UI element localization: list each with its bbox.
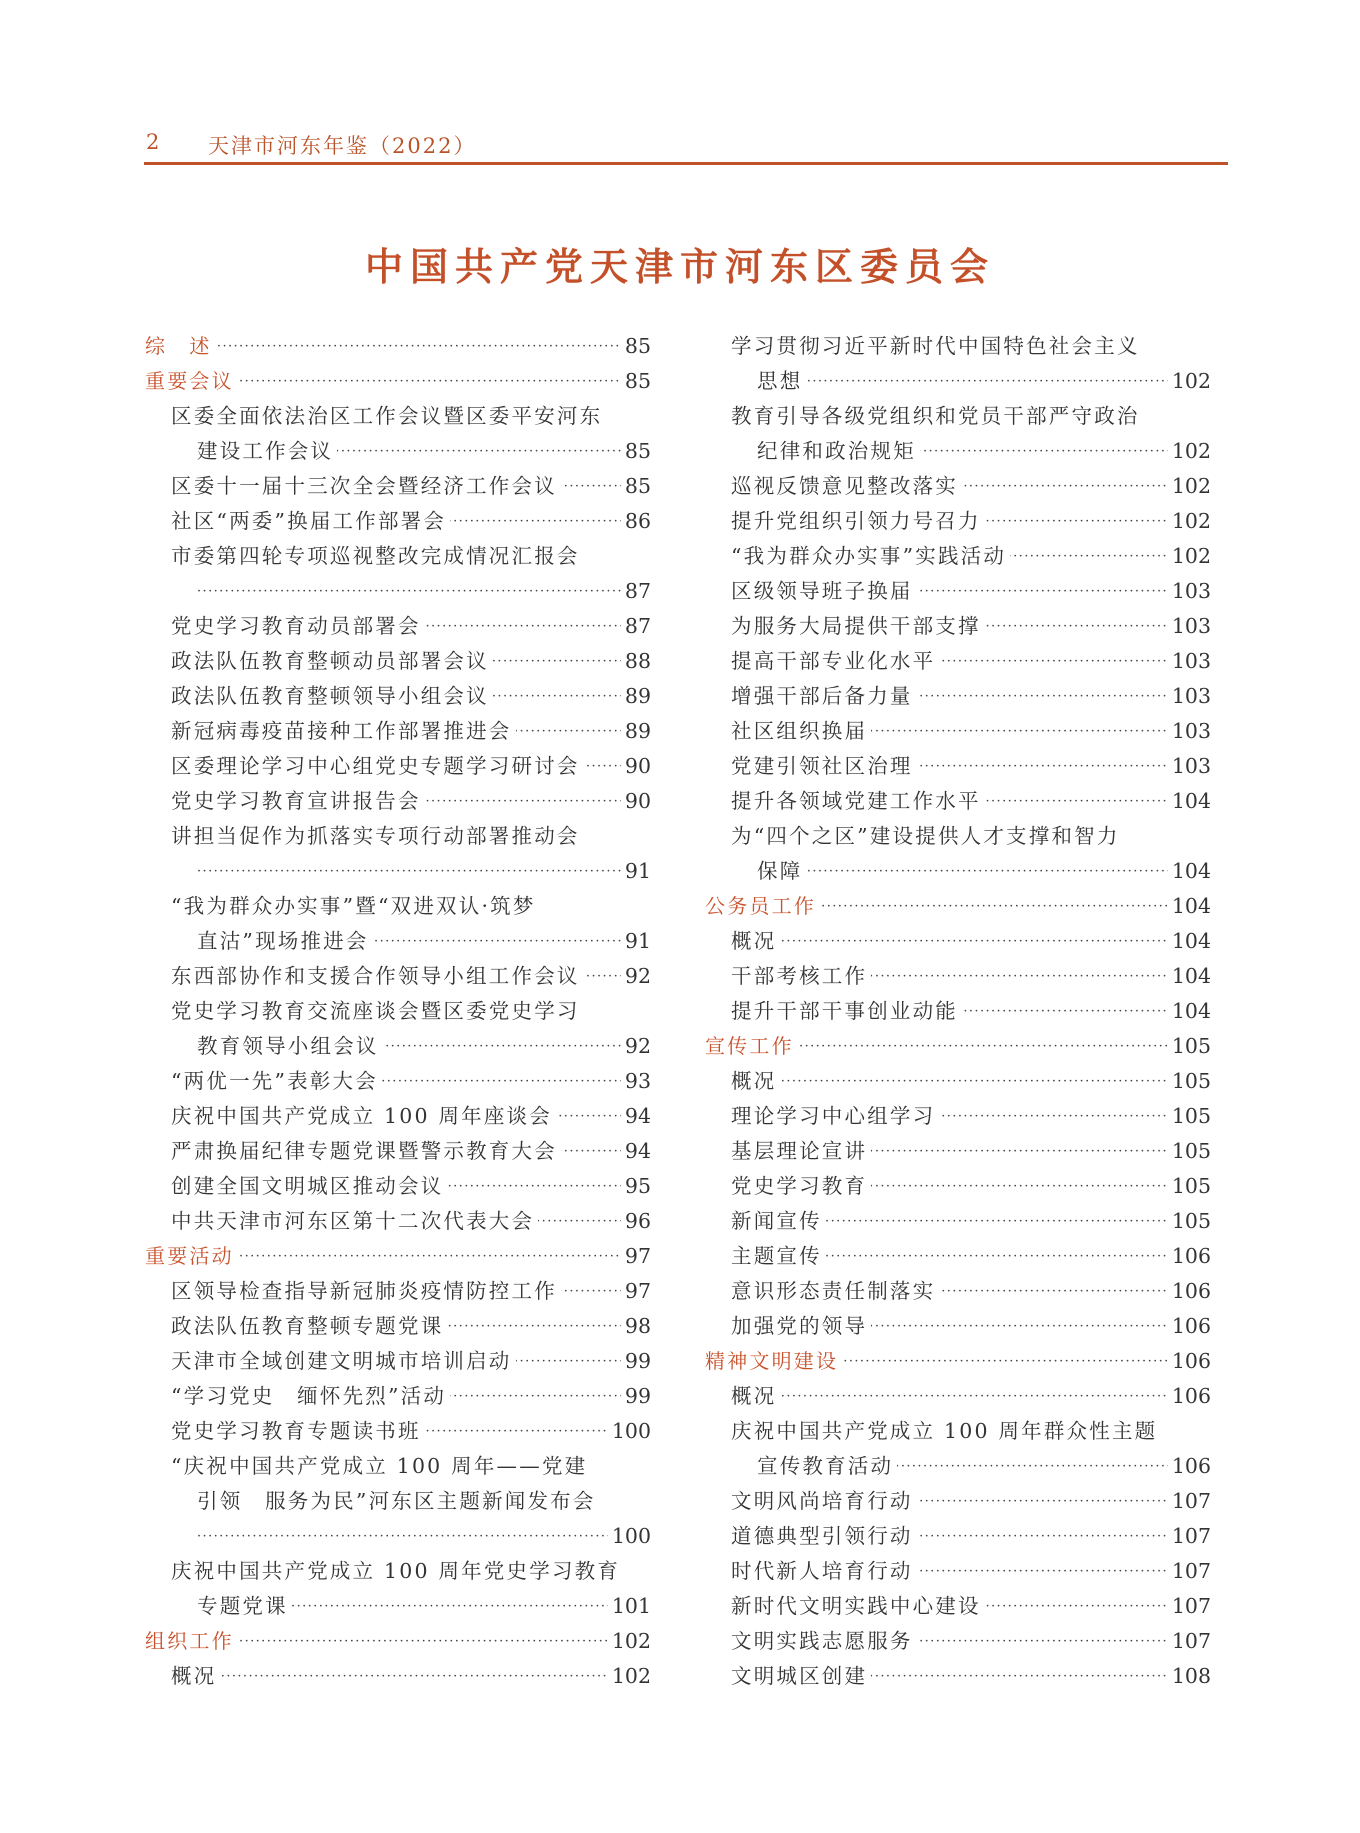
toc-entry-title: 主题宣传 [731,1239,826,1274]
toc-entry-title: 道德典型引领行动 [731,1519,917,1554]
toc-entry[interactable]: 党史学习教育宣讲报告会90 [145,784,651,819]
toc-entry-title: 区委理论学习中心组党史专题学习研讨会 [171,749,584,784]
toc-entry-title: 区领导检查指导新冠肺炎疫情防控工作 [171,1274,561,1309]
toc-page-number: 100 [608,1519,651,1554]
toc-entry-title: 文明城区创建 [731,1659,871,1694]
toc-page-number: 103 [1168,609,1211,644]
toc-entry-title: 区委全面依法治区工作会议暨区委平安河东 [171,399,606,434]
toc-entry-title: 概况 [171,1659,220,1694]
toc-entry[interactable]: 区级领导班子换届103 [705,574,1211,609]
toc-page-number: 104 [1168,924,1211,959]
toc-page-number: 85 [621,329,651,364]
toc-entry-title: 干部考核工作 [731,959,871,994]
toc-page-number: 102 [1168,364,1211,399]
toc-entry-title: 天津市全域创建文明城市培训启动 [171,1344,516,1379]
toc-entry[interactable]: 87 [145,574,651,609]
toc-entry[interactable]: 党史学习教育专题读书班100 [145,1414,651,1449]
toc-entry-title: 党史学习教育宣讲报告会 [171,784,425,819]
toc-page-number: 103 [1168,714,1211,749]
running-head: 2 天津市河东年鉴（2022） [144,128,1228,162]
leader-dots [731,924,1211,959]
toc-page-number: 105 [1168,1029,1211,1064]
toc-entry[interactable]: 时代新人培育行动107 [705,1554,1211,1589]
toc-entry[interactable]: 提升党组织引领力号召力102 [705,504,1211,539]
toc-page-number: 94 [621,1099,651,1134]
section-title: 中国共产党天津市河东区委员会 [0,236,1360,291]
toc-page-number: 85 [621,469,651,504]
toc-entry-title: 提升党组织引领力号召力 [731,504,985,539]
toc-entry[interactable]: 教育领导小组会议92 [145,1029,651,1064]
leader-dots [197,854,651,889]
toc-entry[interactable]: 提升干部干事创业动能104 [705,994,1211,1029]
toc-page-number: 93 [621,1064,651,1099]
header-rule [144,162,1228,165]
leader-dots [171,1659,651,1694]
toc-page-number: 99 [621,1344,651,1379]
toc-entry-title: 区级领导班子换届 [731,574,917,609]
toc-entry[interactable]: 中共天津市河东区第十二次代表大会96 [145,1204,651,1239]
toc-entry[interactable]: 区领导检查指导新冠肺炎疫情防控工作97 [145,1274,651,1309]
toc-page-number: 98 [621,1309,651,1344]
toc-right-column: 学习贯彻习近平新时代中国特色社会主义思想102教育引导各级党组织和党员干部严守政… [705,329,1211,1694]
toc-entry-title: “两优一先”表彰大会 [171,1064,382,1099]
toc-entry[interactable]: 政法队伍教育整顿动员部署会议88 [145,644,651,679]
toc-entry[interactable]: 基层理论宣讲105 [705,1134,1211,1169]
toc-entry: 为“四个之区”建设提供人才支撑和智力 [705,819,1211,854]
toc-entry[interactable]: 新闻宣传105 [705,1204,1211,1239]
toc-entry-title: 宣传教育活动 [757,1449,897,1484]
toc-page-number: 96 [621,1204,651,1239]
toc-entry-title: 区委十一届十三次全会暨经济工作会议 [171,469,561,504]
toc-page-number: 107 [1168,1624,1211,1659]
toc-entry[interactable]: 加强党的领导106 [705,1309,1211,1344]
toc-page-number: 92 [621,959,651,994]
toc-entry[interactable]: 概况102 [145,1659,651,1694]
toc-page-number: 104 [1168,994,1211,1029]
toc-entry-title: 提升各领域党建工作水平 [731,784,985,819]
leader-dots [757,364,1211,399]
toc-entry[interactable]: 提高干部专业化水平103 [705,644,1211,679]
toc-page-number: 105 [1168,1204,1211,1239]
toc-page-number: 106 [1168,1309,1211,1344]
toc-entry-title: 增强干部后备力量 [731,679,917,714]
toc-entry[interactable]: 天津市全域创建文明城市培训启动99 [145,1344,651,1379]
toc-entry: 市委第四轮专项巡视整改完成情况汇报会 [145,539,651,574]
toc-page-number: 105 [1168,1099,1211,1134]
toc-entry[interactable]: 思想102 [705,364,1211,399]
toc-entry-title: 专题党课 [197,1589,292,1624]
toc-page-number: 107 [1168,1554,1211,1589]
toc-entry-title: 社区组织换届 [731,714,871,749]
toc-page-number: 103 [1168,574,1211,609]
toc-page-number: 102 [1168,434,1211,469]
toc-entry[interactable]: 增强干部后备力量103 [705,679,1211,714]
toc-entry-title: 东西部协作和支援合作领导小组工作会议 [171,959,584,994]
toc-entry[interactable]: 区委理论学习中心组党史专题学习研讨会90 [145,749,651,784]
toc-page-number: 97 [621,1239,651,1274]
toc-entry[interactable]: 党史学习教育动员部署会87 [145,609,651,644]
toc-entry[interactable]: 概况106 [705,1379,1211,1414]
toc-entry: 党史学习教育交流座谈会暨区委党史学习 [145,994,651,1029]
toc-page-number: 99 [621,1379,651,1414]
toc-page-number: 102 [608,1659,651,1694]
toc-page-number: 90 [621,784,651,819]
toc-category[interactable]: 重要会议85 [145,364,651,399]
toc-entry: 庆祝中国共产党成立 100 周年群众性主题 [705,1414,1211,1449]
toc-entry-title: 党史学习教育 [731,1169,871,1204]
toc-entry[interactable]: “学习党史 缅怀先烈”活动99 [145,1379,651,1414]
toc-entry-title: 教育引导各级党组织和党员干部严守政治 [731,399,1144,434]
toc-entry[interactable]: 干部考核工作104 [705,959,1211,994]
toc-entry-title: 公务员工作 [705,889,820,924]
toc-entry-title: 纪律和政治规矩 [757,434,920,469]
toc-entry[interactable]: 建设工作会议85 [145,434,651,469]
toc-entry[interactable]: 保障104 [705,854,1211,889]
toc-entry[interactable]: 创建全国文明城区推动会议95 [145,1169,651,1204]
toc-entry-title: 政法队伍教育整顿动员部署会议 [171,644,493,679]
toc-page-number: 103 [1168,749,1211,784]
toc-entry[interactable]: 理论学习中心组学习105 [705,1099,1211,1134]
toc-entry-title: 教育领导小组会议 [197,1029,383,1064]
toc-entry-title: 建设工作会议 [197,434,337,469]
toc-entry[interactable]: 东西部协作和支援合作领导小组工作会议92 [145,959,651,994]
toc-entry[interactable]: 庆祝中国共产党成立 100 周年座谈会94 [145,1099,651,1134]
toc-category[interactable]: 精神文明建设106 [705,1344,1211,1379]
toc-entry-title: 重要活动 [145,1239,238,1274]
toc-entry[interactable]: 直沽”现场推进会91 [145,924,651,959]
toc-page-number: 102 [1168,469,1211,504]
toc-entry-title: 提升干部干事创业动能 [731,994,962,1029]
toc-page-number: 106 [1168,1449,1211,1484]
toc-entry[interactable]: 党史学习教育105 [705,1169,1211,1204]
toc-page-number: 92 [621,1029,651,1064]
toc-entry[interactable]: 道德典型引领行动107 [705,1519,1211,1554]
toc-page-number: 90 [621,749,651,784]
toc-entry: 学习贯彻习近平新时代中国特色社会主义 [705,329,1211,364]
toc-entry[interactable]: 社区组织换届103 [705,714,1211,749]
toc-entry-title: 思想 [757,364,806,399]
toc-page-number: 105 [1168,1064,1211,1099]
toc-entry[interactable]: “我为群众办实事”实践活动102 [705,539,1211,574]
toc-page-number: 105 [1168,1169,1211,1204]
leader-dots [197,574,651,609]
toc-entry-title: 组织工作 [145,1624,238,1659]
toc-entry: 讲担当促作为抓落实专项行动部署推动会 [145,819,651,854]
toc-entry-title: 概况 [731,924,780,959]
toc-entry-title: 庆祝中国共产党成立 100 周年党史学习教育 [171,1554,624,1589]
toc-entry-title: 巡视反馈意见整改落实 [731,469,962,504]
toc-entry[interactable]: 社区“两委”换届工作部署会86 [145,504,651,539]
toc-page-number: 87 [621,574,651,609]
toc-entry-title: 综 述 [145,329,216,364]
toc-page-number: 91 [621,924,651,959]
book-title: 天津市河东年鉴（2022） [208,130,476,160]
toc-entry: “庆祝中国共产党成立 100 周年——党建 [145,1449,651,1484]
toc-entry-title: 学习贯彻习近平新时代中国特色社会主义 [731,329,1144,364]
toc-entry-title: 文明实践志愿服务 [731,1624,917,1659]
toc-entry-title: 时代新人培育行动 [731,1554,917,1589]
toc-entry[interactable]: 文明实践志愿服务107 [705,1624,1211,1659]
toc-entry-title: 讲担当促作为抓落实专项行动部署推动会 [171,819,584,854]
page-number: 2 [146,130,159,154]
toc-entry[interactable]: 新冠病毒疫苗接种工作部署推进会89 [145,714,651,749]
toc-page-number: 102 [1168,539,1211,574]
toc-entry-title: “庆祝中国共产党成立 100 周年——党建 [171,1449,591,1484]
leader-dots [197,1519,651,1554]
toc-entry-title: 政法队伍教育整顿领导小组会议 [171,679,493,714]
toc-page-number: 104 [1168,784,1211,819]
toc-entry-title: 概况 [731,1064,780,1099]
toc-entry: 区委全面依法治区工作会议暨区委平安河东 [145,399,651,434]
toc-entry-title: 意识形态责任制落实 [731,1274,939,1309]
toc-page-number: 87 [621,609,651,644]
toc-entry[interactable]: 新时代文明实践中心建设107 [705,1589,1211,1624]
toc-page-number: 102 [1168,504,1211,539]
toc-entry-title: 严肃换届纪律专题党课暨警示教育大会 [171,1134,561,1169]
toc-entry[interactable]: 政法队伍教育整顿专题党课98 [145,1309,651,1344]
toc-entry[interactable]: 100 [145,1519,651,1554]
toc-entry[interactable]: 概况105 [705,1064,1211,1099]
toc-entry[interactable]: 文明城区创建108 [705,1659,1211,1694]
toc-page-number: 86 [621,504,651,539]
toc-entry-title: 重要会议 [145,364,238,399]
toc-entry-title: 理论学习中心组学习 [731,1099,939,1134]
toc-page-number: 91 [621,854,651,889]
toc-entry: 庆祝中国共产党成立 100 周年党史学习教育 [145,1554,651,1589]
leader-dots [731,1379,1211,1414]
toc-entry-title: 保障 [757,854,806,889]
toc-page-number: 107 [1168,1484,1211,1519]
toc-page-number: 104 [1168,959,1211,994]
leader-dots [731,1064,1211,1099]
toc-entry[interactable]: 专题党课101 [145,1589,651,1624]
toc-entry-title: 党史学习教育交流座谈会暨区委党史学习 [171,994,584,1029]
toc-entry[interactable]: 政法队伍教育整顿领导小组会议89 [145,679,651,714]
toc-page-number: 106 [1168,1379,1211,1414]
toc-entry-title: 基层理论宣讲 [731,1134,871,1169]
toc-entry[interactable]: 区委十一届十三次全会暨经济工作会议85 [145,469,651,504]
toc-entry-title: 加强党的领导 [731,1309,871,1344]
toc-page-number: 100 [608,1414,651,1449]
toc-entry[interactable]: 意识形态责任制落实106 [705,1274,1211,1309]
toc-entry-title: 直沽”现场推进会 [197,924,373,959]
toc-page-number: 104 [1168,889,1211,924]
toc-entry[interactable]: 巡视反馈意见整改落实102 [705,469,1211,504]
toc-entry-title: “我为群众办实事”实践活动 [731,539,1010,574]
toc-entry[interactable]: 为服务大局提供干部支撑103 [705,609,1211,644]
toc-entry-title: 文明风尚培育行动 [731,1484,917,1519]
toc-entry[interactable]: 纪律和政治规矩102 [705,434,1211,469]
toc-page-number: 85 [621,434,651,469]
toc-page-number: 103 [1168,679,1211,714]
toc-entry[interactable]: 提升各领域党建工作水平104 [705,784,1211,819]
toc-entry-title: 新冠病毒疫苗接种工作部署推进会 [171,714,516,749]
toc-entry-title: 提高干部专业化水平 [731,644,939,679]
toc-page-number: 104 [1168,854,1211,889]
toc-entry: “我为群众办实事”暨“双进双认·筑梦 [145,889,651,924]
toc-page-number: 105 [1168,1134,1211,1169]
toc-page-number: 94 [621,1134,651,1169]
toc-entry[interactable]: 党建引领社区治理103 [705,749,1211,784]
toc-entry: 教育引导各级党组织和党员干部严守政治 [705,399,1211,434]
leader-dots [145,329,651,364]
toc-entry-title: 新时代文明实践中心建设 [731,1589,985,1624]
toc-entry-title: 社区“两委”换届工作部署会 [171,504,450,539]
toc-category[interactable]: 综 述85 [145,329,651,364]
toc-entry-title: 为服务大局提供干部支撑 [731,609,985,644]
toc-category[interactable]: 组织工作102 [145,1624,651,1659]
toc-page-number: 106 [1168,1274,1211,1309]
leader-dots [757,854,1211,889]
toc-entry-title: 市委第四轮专项巡视整改完成情况汇报会 [171,539,584,574]
toc-category[interactable]: 宣传工作105 [705,1029,1211,1064]
toc-page-number: 107 [1168,1519,1211,1554]
toc-page-number: 97 [621,1274,651,1309]
toc-category[interactable]: 重要活动97 [145,1239,651,1274]
toc-entry-title: “我为群众办实事”暨“双进双认·筑梦 [171,889,540,924]
toc-entry[interactable]: 宣传教育活动106 [705,1449,1211,1484]
toc-page-number: 108 [1168,1659,1211,1694]
toc-entry-title: 庆祝中国共产党成立 100 周年群众性主题 [731,1414,1161,1449]
toc-entry[interactable]: 文明风尚培育行动107 [705,1484,1211,1519]
toc-category[interactable]: 公务员工作104 [705,889,1211,924]
toc-page-number: 107 [1168,1589,1211,1624]
toc-page-number: 85 [621,364,651,399]
toc-page-number: 106 [1168,1239,1211,1274]
toc-entry-title: 中共天津市河东区第十二次代表大会 [171,1204,538,1239]
toc-entry[interactable]: 91 [145,854,651,889]
toc-page-number: 101 [608,1589,651,1624]
toc-entry-title: “学习党史 缅怀先烈”活动 [171,1379,450,1414]
toc-entry-title: 庆祝中国共产党成立 100 周年座谈会 [171,1099,556,1134]
toc-entry[interactable]: “两优一先”表彰大会93 [145,1064,651,1099]
toc-page-number: 102 [608,1624,651,1659]
toc-entry-title: 宣传工作 [705,1029,798,1064]
toc-entry-title: 为“四个之区”建设提供人才支撑和智力 [731,819,1124,854]
toc-entry[interactable]: 概况104 [705,924,1211,959]
toc-entry-title: 引领 服务为民”河东区主题新闻发布会 [197,1484,600,1519]
toc-entry-title: 党建引领社区治理 [731,749,917,784]
toc-entry-title: 新闻宣传 [731,1204,826,1239]
toc-entry-title: 创建全国文明城区推动会议 [171,1169,447,1204]
toc-page-number: 89 [621,714,651,749]
toc-entry-title: 概况 [731,1379,780,1414]
toc-entry-title: 政法队伍教育整顿专题党课 [171,1309,447,1344]
toc-entry-title: 党史学习教育专题读书班 [171,1414,425,1449]
toc-entry-title: 精神文明建设 [705,1344,842,1379]
toc-page-number: 106 [1168,1344,1211,1379]
toc-left-column: 综 述85重要会议85区委全面依法治区工作会议暨区委平安河东建设工作会议85区委… [145,329,651,1694]
toc-entry[interactable]: 严肃换届纪律专题党课暨警示教育大会94 [145,1134,651,1169]
toc-page-number: 103 [1168,644,1211,679]
toc-entry-title: 党史学习教育动员部署会 [171,609,425,644]
toc-page-number: 95 [621,1169,651,1204]
toc-page-number: 89 [621,679,651,714]
toc-page-number: 88 [621,644,651,679]
toc-entry[interactable]: 主题宣传106 [705,1239,1211,1274]
toc-entry: 引领 服务为民”河东区主题新闻发布会 [145,1484,651,1519]
